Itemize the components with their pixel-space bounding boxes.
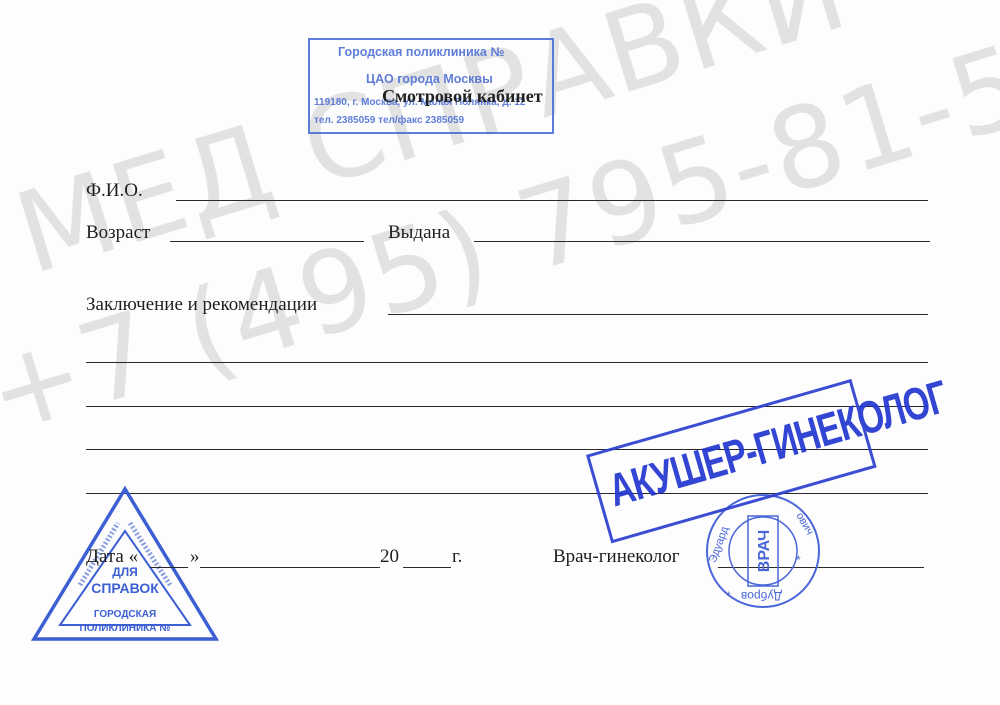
fio-label: Ф.И.О. <box>86 180 143 202</box>
svg-text:*: * <box>796 553 801 567</box>
date-label: Дата « <box>86 546 138 568</box>
clinic-stamp-line-2: ЦАО города Москвы <box>366 72 493 86</box>
triangle-stamp-line-3: ГОРОДСКАЯ <box>30 609 220 620</box>
clinic-stamp-line-1: Городская поликлиника № <box>338 45 504 59</box>
svg-text:Дубров: Дубров <box>741 589 782 603</box>
issued-field-line[interactable] <box>474 241 930 242</box>
medical-certificate-form: МЕД СПРАВКИ +7 (495) 795-81-59 Городская… <box>0 0 1000 705</box>
age-field-line[interactable] <box>170 241 364 242</box>
triangle-stamp-line-2: СПРАВОК <box>30 580 220 596</box>
year-suffix: г. <box>452 546 462 568</box>
clinic-stamp-line-4: тел. 2385059 тел/факс 2385059 <box>314 115 464 126</box>
date-year-line[interactable] <box>403 567 451 568</box>
conclusion-line-2[interactable] <box>86 362 928 363</box>
age-label: Возраст <box>86 222 150 244</box>
fio-field-line[interactable] <box>176 200 928 201</box>
date-month-line[interactable] <box>200 567 380 568</box>
year-prefix: 20 <box>380 546 399 568</box>
conclusion-label: Заключение и рекомендации <box>86 294 317 316</box>
svg-text:*: * <box>726 589 731 603</box>
svg-text:ович: ович <box>793 511 815 538</box>
triangle-stamp-line-4: ПОЛИКЛИНИКА № <box>30 623 220 634</box>
svg-text:ВРАЧ: ВРАЧ <box>756 530 773 572</box>
issued-label: Выдана <box>388 222 450 244</box>
doctor-label: Врач-гинеколог <box>553 546 680 568</box>
conclusion-field-line[interactable] <box>388 314 928 315</box>
document-title: Смотровой кабинет <box>382 86 543 107</box>
date-day-line[interactable] <box>150 567 188 568</box>
